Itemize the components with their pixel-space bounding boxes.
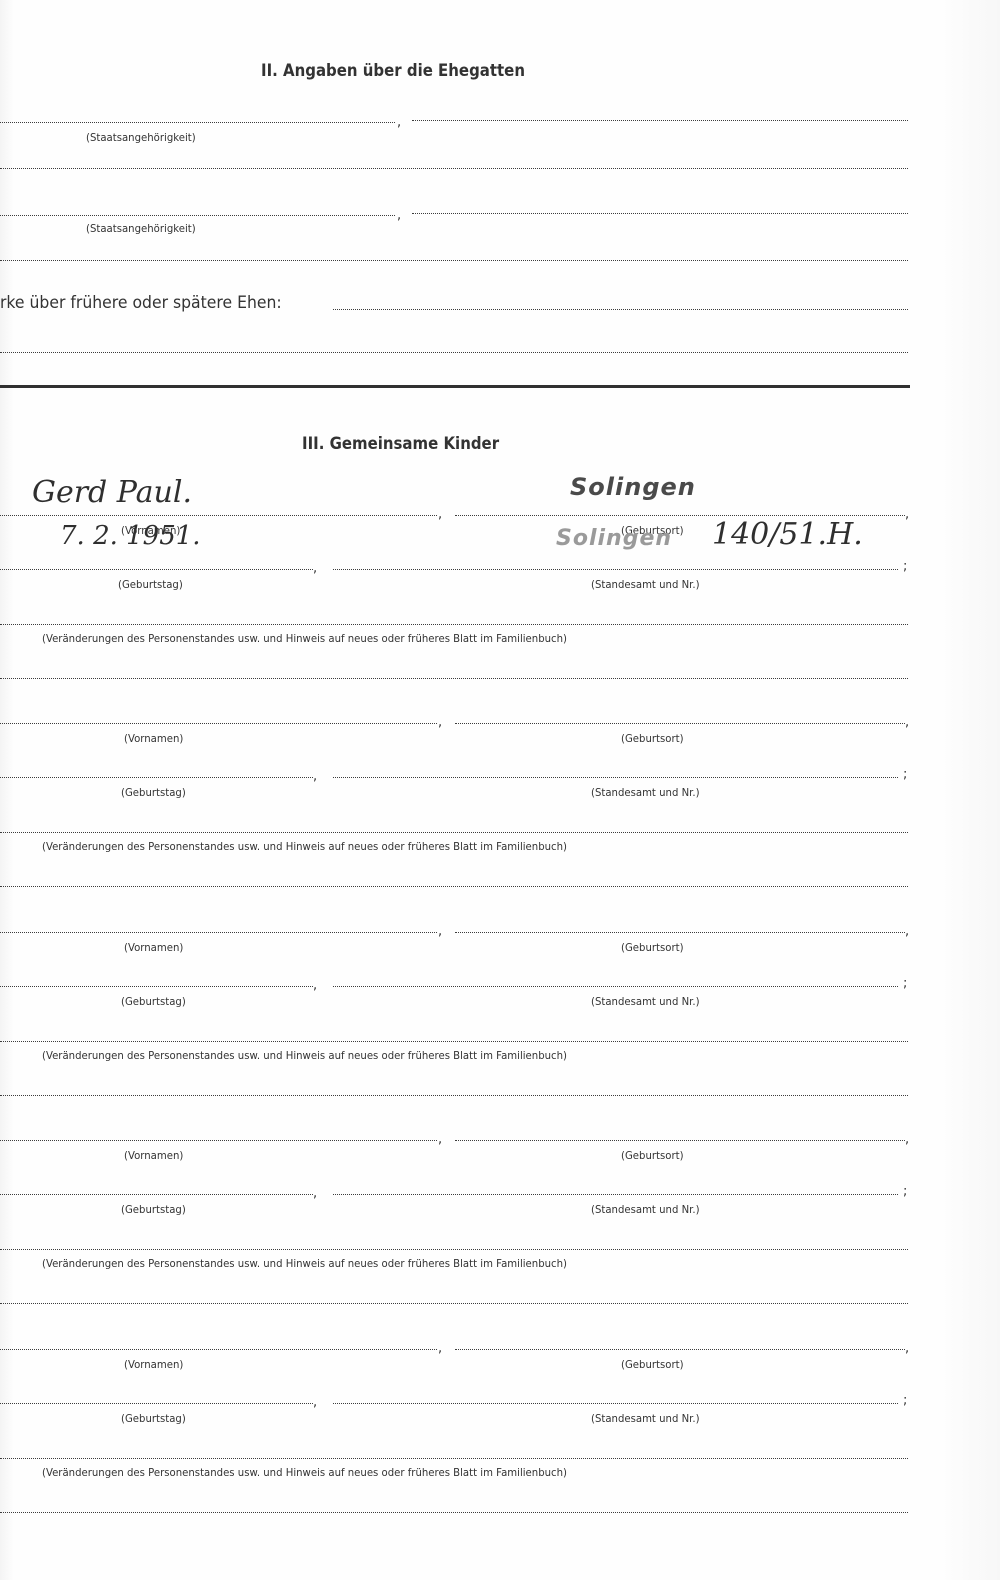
child-entry: , , (Vornamen) (Geburtsort) , ; (Geburts…: [0, 1349, 1000, 1529]
child-birthplace-field[interactable]: [455, 1140, 905, 1141]
child-birthdate-field[interactable]: [0, 777, 313, 778]
caption-given-names: (Vornamen): [124, 1149, 183, 1162]
child-birthdate-field[interactable]: [0, 1403, 313, 1404]
caption-changes: (Veränderungen des Personenstandes usw. …: [42, 1257, 567, 1270]
separator-comma: ,: [313, 769, 317, 784]
child-birthplace-field[interactable]: [455, 515, 905, 516]
section-ii-heading: II. Angaben über die Ehegatten: [261, 61, 525, 81]
child-changes-field[interactable]: [0, 1041, 908, 1042]
caption-changes: (Veränderungen des Personenstandes usw. …: [42, 1466, 567, 1479]
separator-semicolon: ;: [903, 976, 907, 991]
separator-comma: ,: [905, 1341, 909, 1356]
handwritten-given-names: Gerd Paul.: [32, 475, 192, 510]
separator-comma: ,: [438, 1132, 442, 1147]
child-changes-field[interactable]: [0, 1249, 908, 1250]
separator-comma: ,: [397, 208, 401, 223]
separator-comma: ,: [905, 1132, 909, 1147]
caption-changes: (Veränderungen des Personenstandes usw. …: [42, 1049, 567, 1062]
form-page: II. Angaben über die Ehegatten , (Staats…: [0, 0, 1000, 1580]
child-entry: , , (Vornamen) (Geburtsort) , ; (Geburts…: [0, 1140, 1000, 1320]
separator-comma: ,: [313, 561, 317, 576]
child-birthplace-field[interactable]: [455, 932, 905, 933]
child-registry-field[interactable]: [333, 569, 898, 570]
separator-comma: ,: [313, 978, 317, 993]
caption-given-names: (Vornamen): [124, 941, 183, 954]
caption-nationality: (Staatsangehörigkeit): [86, 222, 196, 235]
child-given-names-field[interactable]: [0, 723, 437, 724]
spouse-1-extra-field[interactable]: [412, 120, 908, 121]
child-given-names-field[interactable]: [0, 1349, 437, 1350]
child-entry: , , (Vornamen) (Geburtsort) , ; (Geburts…: [0, 932, 1000, 1112]
section-iii-heading: III. Gemeinsame Kinder: [302, 434, 499, 454]
caption-birthplace: (Geburtsort): [621, 732, 684, 745]
spouse-1-nationality-field[interactable]: [0, 122, 395, 123]
caption-birthplace: (Geburtsort): [621, 1149, 684, 1162]
child-changes-continuation-field[interactable]: [0, 1512, 908, 1513]
separator-semicolon: ;: [903, 767, 907, 782]
caption-birthdate: (Geburtstag): [121, 786, 186, 799]
caption-registry: (Standesamt und Nr.): [591, 1412, 700, 1425]
child-registry-field[interactable]: [333, 1194, 898, 1195]
child-changes-continuation-field[interactable]: [0, 886, 908, 887]
caption-birthdate: (Geburtstag): [118, 578, 183, 591]
caption-birthdate: (Geburtstag): [121, 1203, 186, 1216]
separator-comma: ,: [313, 1186, 317, 1201]
child-changes-continuation-field[interactable]: [0, 1303, 908, 1304]
caption-changes: (Veränderungen des Personenstandes usw. …: [42, 632, 567, 645]
child-registry-field[interactable]: [333, 777, 898, 778]
caption-registry: (Standesamt und Nr.): [591, 1203, 700, 1216]
spouse-continuation-field[interactable]: [0, 168, 908, 169]
caption-given-names: (Vornamen): [124, 1358, 183, 1371]
caption-birthdate: (Geburtstag): [121, 995, 186, 1008]
child-given-names-field[interactable]: [0, 515, 437, 516]
child-changes-continuation-field[interactable]: [0, 1095, 908, 1096]
remarks-field[interactable]: [333, 309, 908, 310]
spouse-2-extra-field[interactable]: [412, 213, 908, 214]
child-entry: , , (Vornamen) (Geburtsort) , ; (Geburts…: [0, 723, 1000, 903]
child-changes-field[interactable]: [0, 1458, 908, 1459]
caption-registry: (Standesamt und Nr.): [591, 995, 700, 1008]
separator-comma: ,: [397, 115, 401, 130]
child-given-names-field[interactable]: [0, 932, 437, 933]
handwritten-birthdate: 7. 2. 1951.: [60, 521, 201, 551]
child-birthdate-field[interactable]: [0, 569, 313, 570]
separator-comma: ,: [438, 715, 442, 730]
section-divider: [0, 385, 910, 388]
remarks-label: rke über frühere oder spätere Ehen:: [0, 293, 282, 313]
spouse-2-continuation-field[interactable]: [0, 260, 908, 261]
separator-comma: ,: [438, 507, 442, 522]
caption-registry: (Standesamt und Nr.): [591, 578, 700, 591]
child-birthplace-field[interactable]: [455, 1349, 905, 1350]
caption-given-names: (Vornamen): [124, 732, 183, 745]
child-registry-field[interactable]: [333, 986, 898, 987]
spouse-2-nationality-field[interactable]: [0, 215, 395, 216]
separator-comma: ,: [438, 1341, 442, 1356]
separator-comma: ,: [905, 507, 909, 522]
separator-semicolon: ;: [903, 1184, 907, 1199]
caption-nationality: (Staatsangehörigkeit): [86, 131, 196, 144]
caption-birthplace: (Geburtsort): [621, 1358, 684, 1371]
child-given-names-field[interactable]: [0, 1140, 437, 1141]
stamped-registry-office: Solingen: [556, 526, 672, 551]
child-changes-continuation-field[interactable]: [0, 678, 908, 679]
separator-comma: ,: [905, 715, 909, 730]
separator-semicolon: ;: [903, 559, 907, 574]
child-changes-field[interactable]: [0, 624, 908, 625]
separator-comma: ,: [905, 924, 909, 939]
child-birthdate-field[interactable]: [0, 1194, 313, 1195]
stamped-birthplace: Solingen: [570, 473, 696, 501]
caption-registry: (Standesamt und Nr.): [591, 786, 700, 799]
caption-birthplace: (Geburtsort): [621, 941, 684, 954]
child-changes-field[interactable]: [0, 832, 908, 833]
handwritten-registry-number: 140/51.H.: [712, 517, 863, 552]
remarks-continuation-field[interactable]: [0, 352, 908, 353]
child-birthplace-field[interactable]: [455, 723, 905, 724]
child-registry-field[interactable]: [333, 1403, 898, 1404]
separator-semicolon: ;: [903, 1393, 907, 1408]
separator-comma: ,: [438, 924, 442, 939]
child-entry: , , (Vornamen) (Geburtsort) , ; (Geburts…: [0, 515, 1000, 695]
child-birthdate-field[interactable]: [0, 986, 313, 987]
caption-changes: (Veränderungen des Personenstandes usw. …: [42, 840, 567, 853]
separator-comma: ,: [313, 1395, 317, 1410]
caption-birthdate: (Geburtstag): [121, 1412, 186, 1425]
